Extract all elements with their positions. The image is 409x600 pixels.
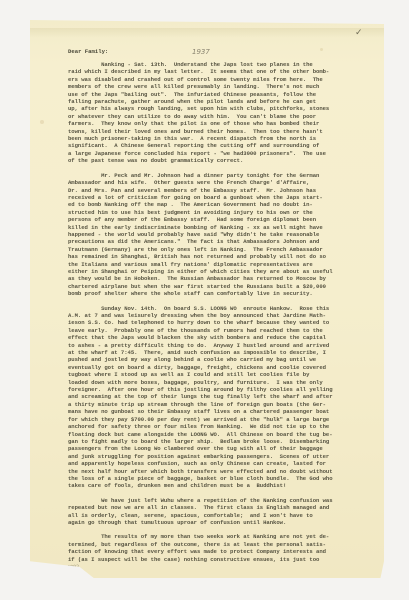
text-line: has remained in Shanghai, British has no… [68,253,368,260]
text-line: gan to fight madly to board the larger s… [68,438,368,445]
paper-fold-shadow [30,28,384,38]
text-line: if (as I suspect will be the case) nothi… [68,556,368,563]
text-line: at the wharf at 7:45. There, amid such c… [68,349,368,356]
text-line: leave early. Probably one of the thousan… [68,327,368,334]
text-line: a thirty minute trip up stream through t… [68,401,368,408]
text-line: received a lot of criticism for going on… [68,194,368,201]
text-line: Sunday Nov. 14th. On board S.S. LOONG WO… [68,305,368,312]
text-line: faction of knowing that every effort was… [68,548,368,555]
letter-paragraph: We have just left Wuhu where a repetitio… [68,497,368,527]
salutation: Dear Family: [68,48,108,55]
text-line: and junk struggling for position against… [68,453,368,460]
text-line: floating dock but came alongside the LOO… [68,431,368,438]
text-line: members of the crew were all killed pres… [68,83,368,90]
text-line: repeated but now we are all in classes. … [68,504,368,511]
text-line: Dr. and Mrs. Pan and several members of … [68,187,368,194]
text-line: Nanking - Sat. 13th. Understand the Japs… [68,61,368,68]
letter-paragraph: The results of my more than two weeks wo… [68,533,368,563]
text-line: precautions as did the Americans." The f… [68,238,368,245]
text-line: either in Shanghai or Peiping in either … [68,268,368,275]
text-line: or whatever they can utilize to do away … [68,113,368,120]
letter-paragraph: Mr. Peck and Mr. Johnson had a dinner pa… [68,172,368,298]
text-line: foreigner. After one hour of this jostli… [68,386,368,393]
letter-body: Nanking - Sat. 13th. Understand the Japs… [68,61,368,570]
text-line: the loss of a single piece of baggage, b… [68,475,368,482]
text-line: again go through that tumultuous uproar … [68,519,368,526]
text-line: Trautmann (Germany) are the only ones le… [68,246,368,253]
letter-page: ✓ Dear Family: 1937 Nanking - Sat. 13th.… [30,20,384,578]
text-line: a large Japanese force concluded his rep… [68,150,368,157]
text-line: been much prisoner-taking in this war. A… [68,135,368,142]
text-line: takes care of fools, drunken men and chi… [68,482,368,489]
checkmark-annotation: ✓ [355,28,363,38]
text-line: happened - the world would probably have… [68,231,368,238]
text-line: killed in the early indiscriminate bombi… [68,224,368,231]
text-line: persons of any member of the Embassy sta… [68,216,368,223]
archive-stamp: 2009.151.4002 [40,564,79,571]
paper-stain [40,120,44,124]
text-line: passengers from the Loong Wo clambered o… [68,445,368,452]
text-line: tugboat where I stood up as well as I co… [68,371,368,378]
text-line: We have just left Wuhu where a repetitio… [68,497,368,504]
paper-stain [390,540,395,545]
text-line: the next half hour after which both tran… [68,468,368,475]
text-line: chartered airplane but when the war firs… [68,283,368,290]
text-line: all is orderly, clean, serene, spacious,… [68,512,368,519]
text-line: to ashes - a pretty difficult thing to d… [68,342,368,349]
text-line: use of the Japs "bailing out". The infur… [68,91,368,98]
text-line: for which they pay $700.00 per day rent)… [68,416,368,423]
text-line: Ambassador and his wife. Other guests we… [68,179,368,186]
text-line: A.M. at 7 and was leisurely dressing whe… [68,312,368,319]
paper-stain [320,48,323,51]
letter-paragraph: Nanking - Sat. 13th. Understand the Japs… [68,61,368,165]
text-line: anchored for safety three or four miles … [68,423,368,430]
text-line: effect that the Japs would blacken the s… [68,334,368,341]
year-annotation: 1937 [192,48,210,56]
letter-paragraph: Sunday Nov. 14th. On board S.S. LOONG WO… [68,305,368,490]
text-line: significant. A Chinese General reporting… [68,142,368,149]
text-line: loaded down with more boxes, baggage, po… [68,379,368,386]
text-line: the Italians and various small fry natio… [68,261,368,268]
text-line: and apparently hopeless confusion, such … [68,460,368,467]
text-line: farmers. They know only that the pilot i… [68,120,368,127]
text-line: bomb proof shelter where the whole staff… [68,290,368,297]
text-line: towns, killed their loved ones and burne… [68,128,368,135]
text-line: and screaming at the top of their lungs … [68,393,368,400]
text-line: eventually got on board a dirty, baggage… [68,364,368,371]
text-line: The results of my more than two weeks wo… [68,533,368,540]
text-line: raid which I described in my last letter… [68,68,368,75]
text-line: Mr. Peck and Mr. Johnson had a dinner pa… [68,172,368,179]
text-line: falling parachute, gather around when th… [68,98,368,105]
text-line: as they would be in Hoboken. The Russian… [68,275,368,282]
text-line: up, after his always rough landing, set … [68,105,368,112]
text-line: ers was disabled and crashed out of cont… [68,76,368,83]
text-line: mans have no gunboat so their Embassy st… [68,408,368,415]
text-line: pushed and jostled my way along behind a… [68,356,368,363]
text-line: termined, but regardless of the outcome,… [68,541,368,548]
text-line: of the past tense was no doubt grammatic… [68,157,368,164]
text-line: structed him to use his best judgment in… [68,209,368,216]
text-line: ed to bomb Nanking off the map . The Ame… [68,201,368,208]
text-line: ieson S.S. Co. had telephoned to hurry d… [68,319,368,326]
